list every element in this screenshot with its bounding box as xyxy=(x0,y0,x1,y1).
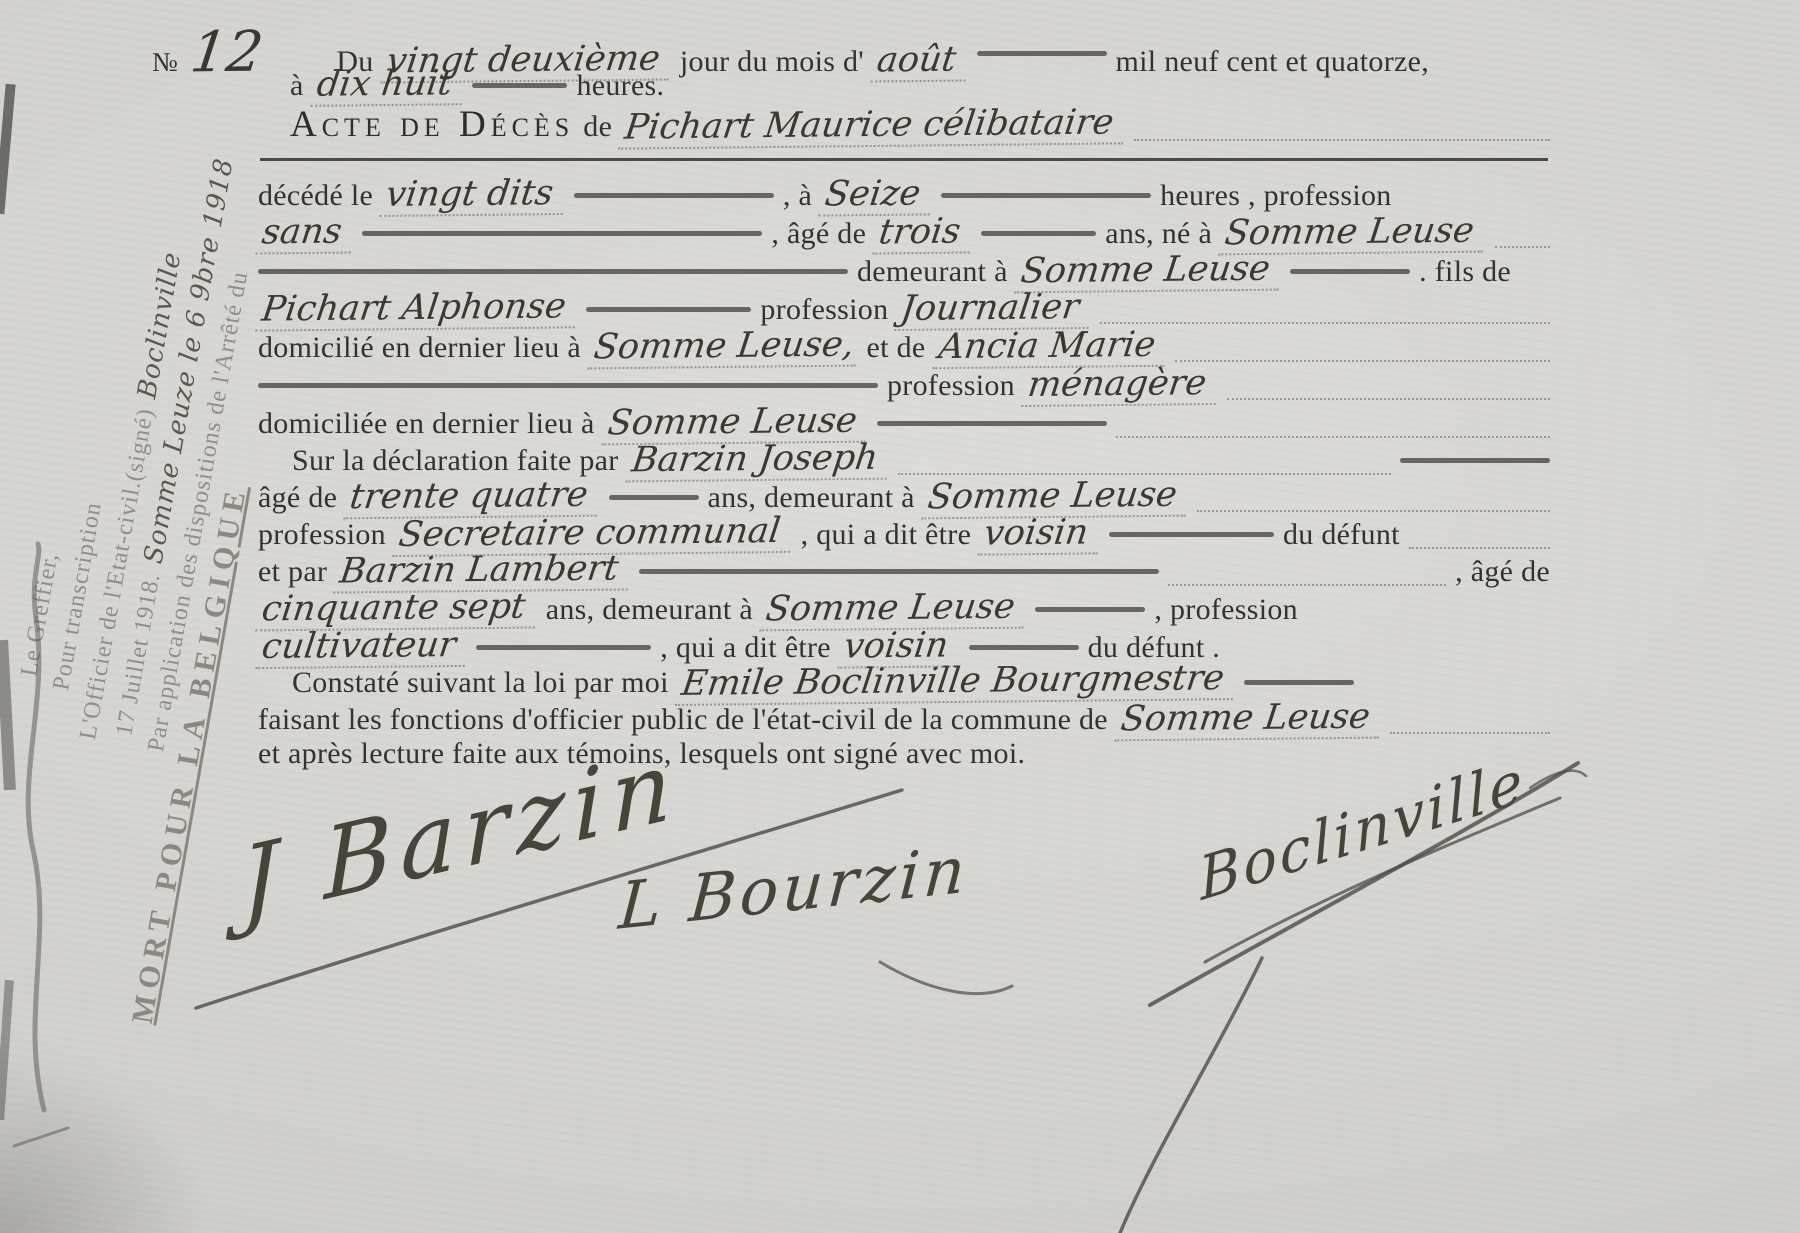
line-fonctions: faisant les fonctions d'officier public … xyxy=(258,700,1550,740)
field-witness1-name: Barzin Joseph xyxy=(625,440,892,482)
line-witness2-age: cinquante sept ans, demeurant à Somme Le… xyxy=(258,590,1550,630)
pen-strike xyxy=(1290,269,1410,274)
dotted-leader xyxy=(1100,321,1550,324)
line-mother-domicile: domiciliée en dernier lieu à Somme Leuse xyxy=(258,404,1550,444)
dotted-leader xyxy=(1227,397,1550,400)
line-death-date: décédé le vingt dits , à Seize heures , … xyxy=(258,176,1550,216)
label-demeurant-w2: ans, demeurant à xyxy=(546,593,753,627)
signature-witness2: L Bourzin xyxy=(616,833,971,945)
field-deceased-profession: sans xyxy=(255,214,356,255)
label-age-de: , âgé de xyxy=(771,217,866,251)
label-qui-a-dit2: , qui a dit être xyxy=(660,631,831,665)
label-constate: Constaté suivant la loi par moi xyxy=(292,666,669,700)
pen-strike xyxy=(941,193,1151,198)
field-witness2-residence: Somme Leuse xyxy=(759,589,1029,632)
death-certificate-scan: Le Greffier, Pour transcription L'Offici… xyxy=(0,0,1800,1233)
pen-strike xyxy=(574,193,774,198)
field-mother-name: Ancia Marie xyxy=(932,327,1169,369)
label-a2: , à xyxy=(783,179,812,213)
line-declaration: Sur la déclaration faite par Barzin Jose… xyxy=(292,441,1550,481)
pen-strike xyxy=(586,307,751,312)
pen-strike xyxy=(362,231,762,236)
dotted-leader xyxy=(1134,138,1550,141)
label-fils-de: . fils de xyxy=(1419,255,1511,289)
pen-strike xyxy=(1244,680,1354,685)
label-fonctions: faisant les fonctions d'officier public … xyxy=(258,703,1108,737)
officer-flourish-tail xyxy=(1120,958,1262,1233)
pen-strike xyxy=(639,569,1159,574)
label-heures-profession: heures , profession xyxy=(1160,179,1391,213)
pen-strike xyxy=(1400,458,1550,463)
line-father: Pichart Alphonse profession Journalier xyxy=(258,290,1550,330)
field-commune: Somme Leuse xyxy=(1114,699,1384,742)
line-father-domicile: domicilié en dernier lieu à Somme Leuse,… xyxy=(258,328,1550,368)
label-domicilie: domicilié en dernier lieu à xyxy=(258,331,581,365)
field-mother-profession: ménagère xyxy=(1021,365,1220,407)
dotted-leader xyxy=(1495,245,1551,248)
line-witness1-age: âgé de trente quatre ans, demeurant à So… xyxy=(258,478,1550,518)
label-sur-declaration: Sur la déclaration faite par xyxy=(292,444,619,478)
label-du-defunt: du défunt xyxy=(1283,518,1400,552)
line-hour: à dix huit heures. xyxy=(290,66,1550,106)
field-number-value: 12 xyxy=(183,24,278,85)
dotted-leader xyxy=(1197,509,1550,512)
label-profession2: profession xyxy=(887,369,1015,403)
line-profession-age: sans , âgé de trois ans, né à Somme Leus… xyxy=(258,214,1550,254)
ruled-blank-line xyxy=(260,158,1548,161)
dotted-leader xyxy=(1390,731,1550,734)
acte-title: Acte de Décès xyxy=(290,103,574,146)
label-heures: heures. xyxy=(576,69,664,103)
line-mother-profession: profession ménagère xyxy=(258,366,1550,406)
label-qui-a-dit: , qui a dit être xyxy=(801,518,972,552)
label-profession: profession xyxy=(760,293,888,327)
dotted-leader xyxy=(1116,435,1550,438)
officer-flourish-hook xyxy=(1530,771,1586,788)
pen-strike xyxy=(969,645,1079,650)
field-father-profession: Journalier xyxy=(895,289,1094,331)
field-hour: dix huit xyxy=(310,65,466,106)
field-witness1-relation: voisin xyxy=(978,514,1103,555)
label-demeurant-w1: ans, demeurant à xyxy=(708,481,915,515)
line-acte-title: Acte de Décès de Pichart Maurice célibat… xyxy=(290,103,1550,147)
scan-artifact xyxy=(0,84,16,214)
label-domiciliee: domiciliée en dernier lieu à xyxy=(258,407,595,441)
pen-strike xyxy=(258,269,848,274)
label-decede-le: décédé le xyxy=(258,179,373,213)
label-age-de-w1: âgé de xyxy=(258,481,337,515)
pen-strike xyxy=(258,383,878,388)
line-residence: demeurant à Somme Leuse . fils de xyxy=(258,252,1550,292)
pen-strike xyxy=(472,83,567,88)
dotted-leader xyxy=(1409,546,1550,549)
pen-strike xyxy=(981,231,1096,236)
label-age-de-w2: , âgé de xyxy=(1455,555,1550,589)
field-father-name: Pichart Alphonse xyxy=(255,288,580,331)
pen-strike xyxy=(476,645,651,650)
label-a: à xyxy=(290,69,304,103)
line-lecture: et après lecture faite aux témoins, lesq… xyxy=(258,737,1550,771)
pen-strike xyxy=(1109,532,1274,537)
label-de: de xyxy=(583,110,612,144)
label-profession-w1: profession xyxy=(258,518,386,552)
field-father-domicile: Somme Leuse, xyxy=(587,327,860,370)
label-profession-w2: , profession xyxy=(1154,593,1298,627)
pen-strike xyxy=(1035,607,1145,612)
line-witness2: et par Barzin Lambert , âgé de xyxy=(258,552,1550,592)
field-number-label: № xyxy=(152,47,178,78)
field-age: trois xyxy=(873,213,975,254)
pen-strike xyxy=(977,51,1107,56)
label-demeurant: demeurant à xyxy=(857,255,1008,289)
label-ne-a: ans, né à xyxy=(1105,217,1212,251)
pen-strike xyxy=(609,495,699,500)
field-deceased-name: Pichart Maurice célibataire xyxy=(618,104,1128,149)
field-death-day: vingt dits xyxy=(379,175,567,217)
dotted-leader xyxy=(1168,583,1446,586)
pen-strike xyxy=(877,421,1107,426)
dotted-leader xyxy=(1175,359,1550,362)
label-et-par: et par xyxy=(258,555,327,589)
line-witness1-profession: profession Secretaire communal , qui a d… xyxy=(258,515,1550,555)
field-death-hour: Seize xyxy=(818,175,934,216)
label-et-de: et de xyxy=(867,331,926,365)
witness2-flourish-stroke xyxy=(880,962,1012,994)
